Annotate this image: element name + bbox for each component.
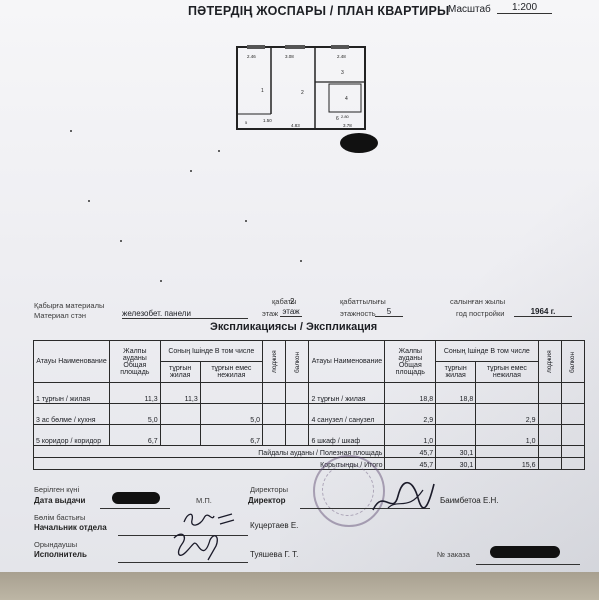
order-number-label: № заказа: [437, 550, 470, 559]
floor-plan: 2.46 3.08 2.48 1 2 3 4 6 5 1.50 4.83 2.8…: [233, 44, 369, 134]
col-non-living: тұрғын емес нежилая: [476, 362, 538, 383]
grand-total-non-living: 15,6: [476, 458, 538, 470]
director-name: Баимбетоа Е.Н.: [440, 496, 499, 505]
room-name: 3 ас бөлме / кухня: [34, 404, 110, 425]
room-name: 5 коридор / коридор: [34, 425, 110, 446]
head-label-kz: Бөлім бастығы: [34, 513, 85, 522]
col-balcony: балкон: [561, 341, 584, 383]
floors-total-label-ru: этажность: [340, 309, 376, 318]
floors-total-label-kz: қабаттылығы: [340, 297, 386, 306]
explication-title: Экспликациясы / Экспликация: [210, 321, 377, 333]
floor-label-ru: этаж: [262, 309, 278, 318]
room-total: 6,7: [110, 425, 161, 446]
room-non-living: 5,0: [200, 404, 262, 425]
issue-date-label-ru: Дата выдачи: [34, 496, 85, 505]
room-living: [436, 404, 476, 425]
executor-name: Туяшева Г. Т.: [250, 550, 298, 559]
useful-area-total: 45,7: [385, 446, 436, 458]
room-name: 6 шкаф / шкаф: [309, 425, 385, 446]
built-label-ru: год постройки: [456, 309, 504, 318]
useful-area-label: Пайдалы ауданы / Полезная площадь: [34, 446, 385, 458]
head-name: Куцертаев Е.: [250, 521, 298, 530]
room-total: 5,0: [110, 404, 161, 425]
room-total: 18,8: [385, 383, 436, 404]
room-living: 11,3: [160, 383, 200, 404]
speckle: [160, 280, 162, 282]
executor-label-kz: Орындаушы: [34, 540, 77, 549]
explication-table: Атауы Наименование Жалпы ауданы Общая пл…: [33, 340, 585, 470]
wall-material-value: железобет. панели: [122, 309, 248, 319]
speckle: [300, 260, 302, 262]
background-surface: [0, 572, 599, 600]
col-living: тұрғын жилая: [160, 362, 200, 383]
director-signature: [368, 478, 438, 518]
grand-total-total: 45,7: [385, 458, 436, 470]
room-living: [436, 425, 476, 446]
floor-value: 2: [290, 297, 294, 306]
room-total: 1,0: [385, 425, 436, 446]
wall-material-label-ru: Материал стэн: [34, 311, 86, 320]
mp-label: М.П.: [196, 496, 212, 505]
built-year-value: 1964 г.: [514, 307, 572, 317]
col-loggia: лоджия: [538, 341, 561, 383]
floors-total-value: 5: [375, 307, 403, 317]
room-name: 4 санузел / санузел: [309, 404, 385, 425]
speckle: [190, 170, 192, 172]
room-non-living: 2,9: [476, 404, 538, 425]
room-non-living: 6,7: [200, 425, 262, 446]
executor-signature: [168, 530, 228, 564]
wall-material-label-kz: Қабырға материалы: [34, 301, 104, 310]
svg-text:4.83: 4.83: [291, 123, 300, 128]
speckle: [120, 240, 122, 242]
col-living: тұрғын жилая: [436, 362, 476, 383]
table-row: 5 коридор / коридор 6,7 6,7 6 шкаф / шка…: [34, 425, 585, 446]
floor-unit: этаж: [280, 307, 302, 317]
svg-text:3: 3: [341, 70, 344, 76]
room-total: 2,9: [385, 404, 436, 425]
speckle: [88, 200, 90, 202]
room-non-living: [200, 383, 262, 404]
built-label-kz: салынған жылы: [450, 297, 505, 306]
executor-label-ru: Исполнитель: [34, 550, 87, 559]
document-title: ПӘТЕРДІҢ ЖОСПАРЫ / ПЛАН КВАРТИРЫ: [188, 4, 449, 18]
svg-text:3.78: 3.78: [343, 123, 352, 128]
useful-area-living: 30,1: [436, 446, 476, 458]
col-including: Соның Ішінде В том числе: [160, 341, 262, 362]
svg-text:3.08: 3.08: [285, 54, 294, 59]
table-row: 1 тұрғын / жилая 11,3 11,3 2 тұрғын / жи…: [34, 383, 585, 404]
svg-text:5: 5: [245, 120, 248, 125]
scale-label: Масштаб: [448, 4, 491, 15]
svg-text:2.48: 2.48: [337, 54, 346, 59]
ink-stain: [340, 133, 378, 153]
col-loggia: лоджия: [263, 341, 286, 383]
room-total: 11,3: [110, 383, 161, 404]
head-signature: [180, 508, 240, 530]
speckle: [245, 220, 247, 222]
svg-text:4: 4: [345, 96, 348, 102]
speckle: [70, 130, 72, 132]
speckle: [218, 150, 220, 152]
useful-area-row: Пайдалы ауданы / Полезная площадь 45,7 3…: [34, 446, 585, 458]
director-label-kz: Директоры: [250, 485, 288, 494]
room-living: [160, 425, 200, 446]
redacted-order-number: [490, 546, 560, 558]
room-non-living: 1,0: [476, 425, 538, 446]
col-total-area: Жалпы ауданы Общая площадь: [385, 341, 436, 383]
svg-text:1.50: 1.50: [263, 118, 272, 123]
room-name: 2 тұрғын / жилая: [309, 383, 385, 404]
header-row: Атауы Наименование Жалпы ауданы Общая пл…: [34, 341, 585, 362]
table-row: 3 ас бөлме / кухня 5,0 5,0 4 санузел / с…: [34, 404, 585, 425]
svg-text:2: 2: [301, 90, 304, 96]
director-label-ru: Директор: [248, 496, 286, 505]
room-living: 18,8: [436, 383, 476, 404]
grand-total-row: Қорытынды / Итого 45,7 30,1 15,6: [34, 458, 585, 470]
svg-text:6: 6: [336, 116, 339, 122]
col-total-area: Жалпы ауданы Общая площадь: [110, 341, 161, 383]
issue-date-label-kz: Берілген күні: [34, 485, 79, 494]
col-non-living: тұрғын емес нежилая: [200, 362, 262, 383]
svg-text:2.46: 2.46: [247, 54, 256, 59]
col-including: Соның Ішінде В том числе: [436, 341, 538, 362]
col-name: Атауы Наименование: [309, 341, 385, 383]
redacted-issue-date: [112, 492, 160, 504]
grand-total-living: 30,1: [436, 458, 476, 470]
room-name: 1 тұрғын / жилая: [34, 383, 110, 404]
svg-text:1: 1: [261, 88, 264, 94]
col-name: Атауы Наименование: [34, 341, 110, 383]
useful-area-non-living: [476, 446, 538, 458]
svg-text:2.80: 2.80: [341, 114, 350, 119]
head-label-ru: Начальник отдела: [34, 523, 107, 532]
room-non-living: [476, 383, 538, 404]
room-living: [160, 404, 200, 425]
scale-value: 1:200: [497, 2, 552, 14]
col-balcony: балкон: [286, 341, 309, 383]
